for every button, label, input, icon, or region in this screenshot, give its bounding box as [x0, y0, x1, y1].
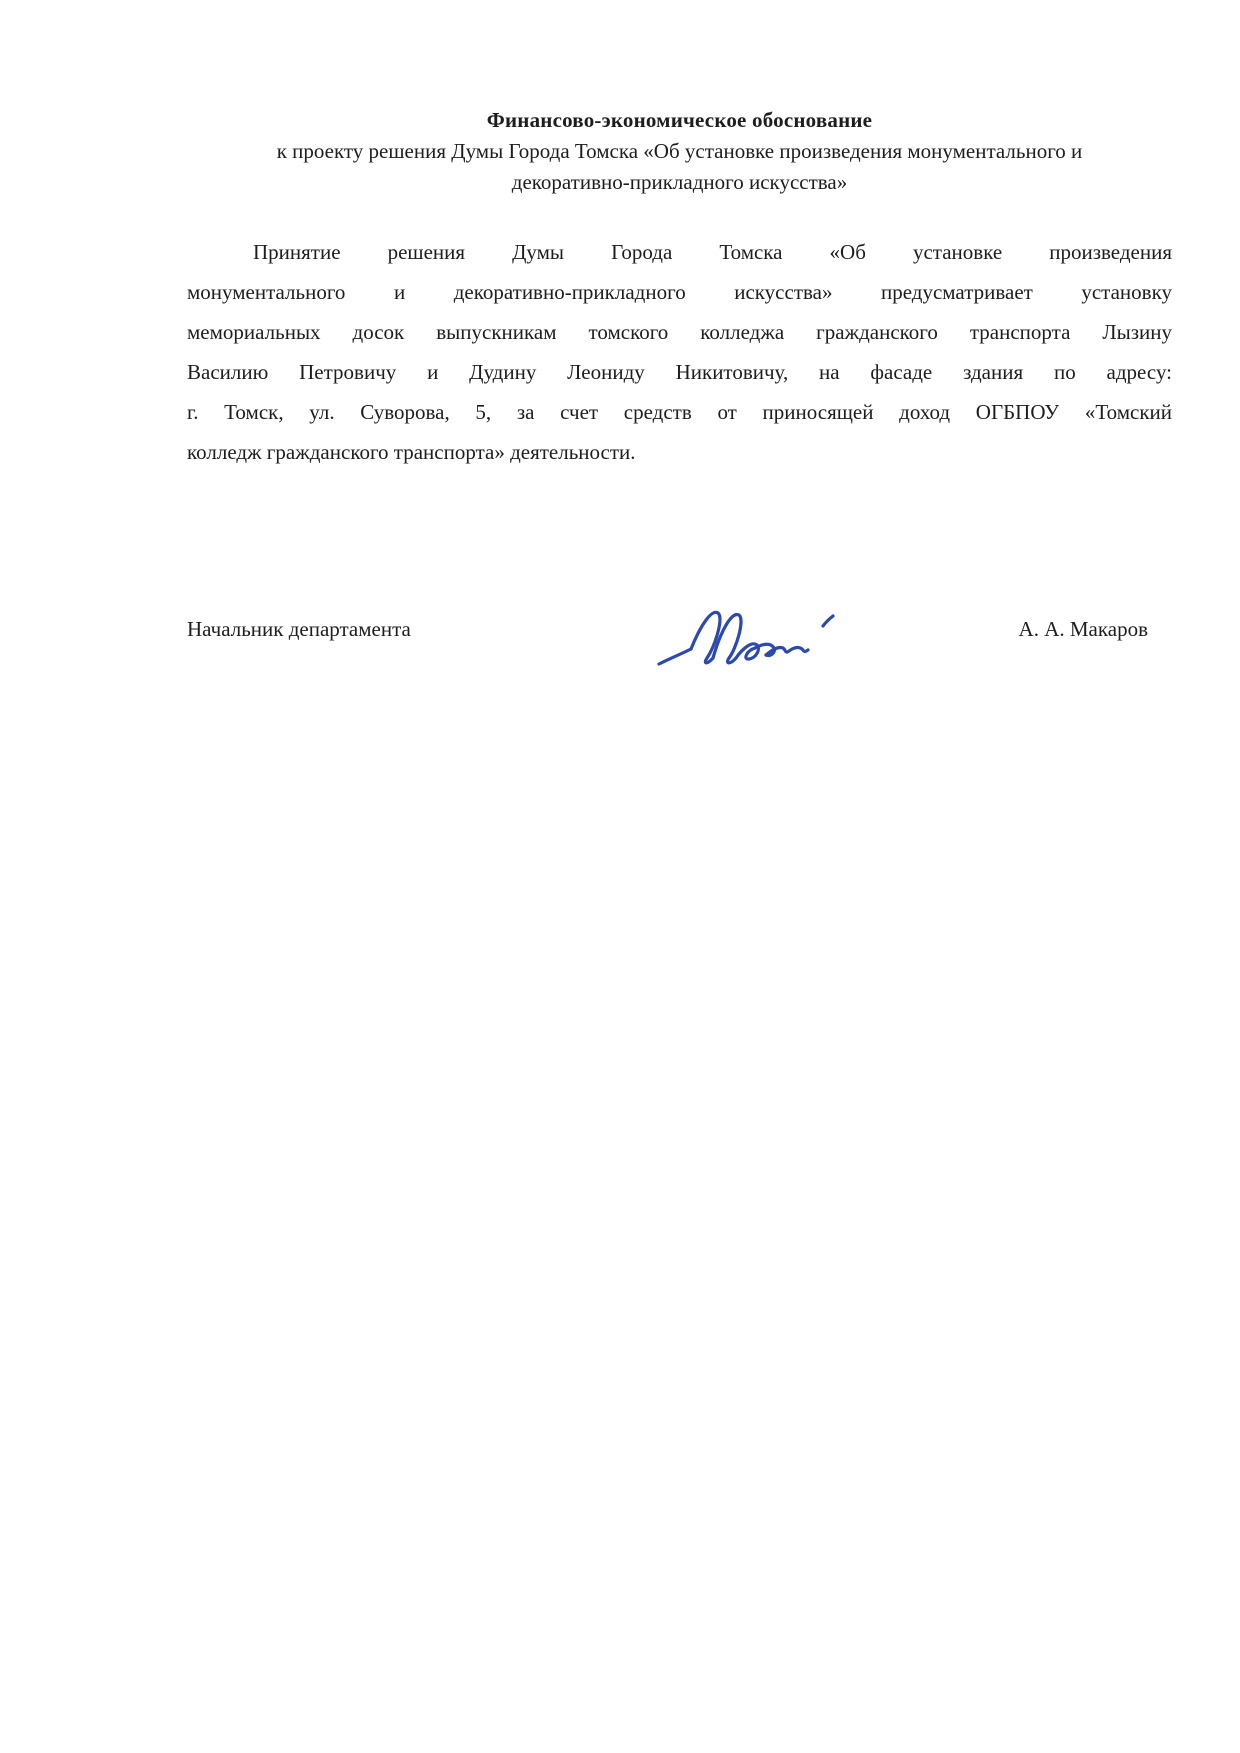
body-line: монументального и декоративно-прикладног… [187, 272, 1172, 312]
body-line: г. Томск, ул. Суворова, 5, за счет средс… [187, 392, 1172, 432]
body-paragraph: Принятие решения Думы Города Томска «Об … [187, 232, 1172, 472]
signatory-name: А. А. Макаров [1019, 617, 1148, 642]
handwritten-signature-icon [655, 602, 845, 672]
document-subtitle-line-2: декоративно-прикладного искусства» [187, 167, 1172, 198]
document-page: Финансово-экономическое обоснование к пр… [0, 0, 1240, 1753]
body-line: колледж гражданского транспорта» деятель… [187, 432, 1172, 472]
signatory-position-label: Начальник департамента [187, 617, 411, 642]
document-title: Финансово-экономическое обоснование [187, 105, 1172, 136]
signature-block: Начальник департамента А. А. Макаров [187, 614, 1172, 674]
document-header: Финансово-экономическое обоснование к пр… [187, 105, 1172, 198]
body-line: мемориальных досок выпускникам томского … [187, 312, 1172, 352]
body-line: Принятие решения Думы Города Томска «Об … [187, 232, 1172, 272]
document-subtitle-line-1: к проекту решения Думы Города Томска «Об… [187, 136, 1172, 167]
body-line: Василию Петровичу и Дудину Леониду Никит… [187, 352, 1172, 392]
